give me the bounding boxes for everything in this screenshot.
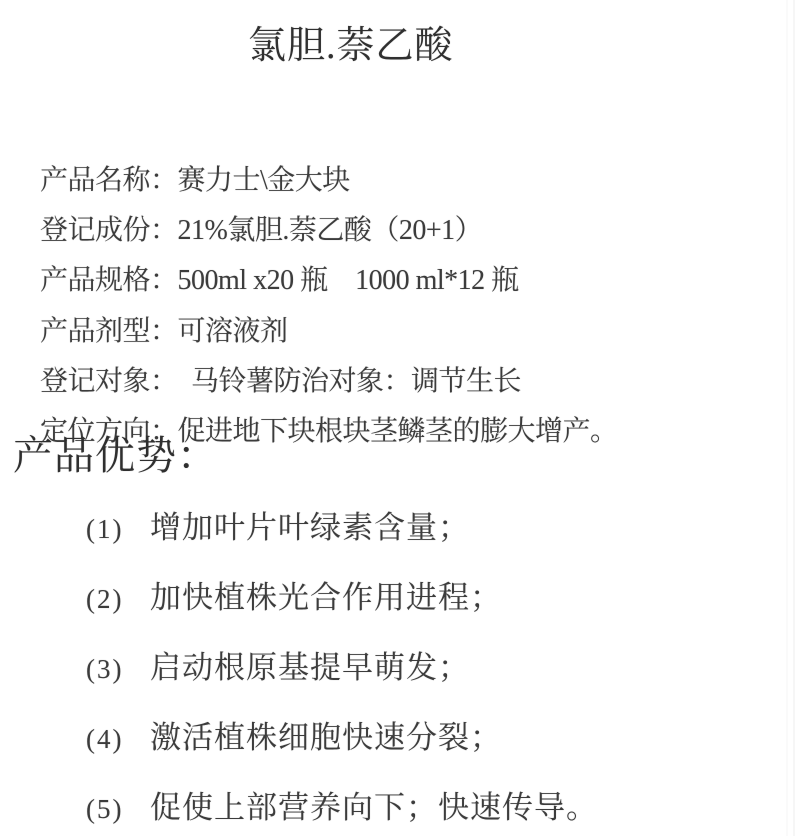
advantage-number: (3) (86, 654, 150, 685)
advantage-number: (4) (86, 724, 150, 755)
page-edge-artifact (786, 0, 788, 836)
advantage-item-2: (2) 加快植株光合作用进程； (86, 572, 502, 617)
advantage-text: 启动根原基提早萌发； (150, 642, 470, 687)
page-edge-artifact (793, 0, 795, 836)
advantage-text: 增加叶片叶绿素含量； (150, 502, 470, 547)
advantage-item-3: (3) 启动根原基提早萌发； (86, 642, 470, 687)
product-document-page: 氯胆.萘乙酸 产品名称：赛力士\金大块 登记成份：21%氯胆.萘乙酸（20+1）… (0, 0, 800, 836)
field-value: 促进地下块根块茎鳞茎的膨大增产。 (178, 416, 618, 447)
advantage-number: (1) (86, 514, 150, 545)
advantage-text: 激活植株细胞快速分裂； (150, 712, 502, 757)
advantage-text: 加快植株光合作用进程； (150, 572, 502, 617)
advantage-item-4: (4) 激活植株细胞快速分裂； (86, 712, 502, 757)
advantage-text: 促使上部营养向下；快速传导。 (150, 782, 598, 827)
advantage-number: (2) (86, 584, 150, 615)
document-title: 氯胆.萘乙酸 (248, 14, 454, 69)
advantage-number: (5) (86, 794, 150, 825)
advantage-item-5: (5) 促使上部营养向下；快速传导。 (86, 782, 598, 827)
advantage-item-1: (1) 增加叶片叶绿素含量； (86, 502, 470, 547)
advantages-heading: 产品优势： (13, 424, 218, 481)
